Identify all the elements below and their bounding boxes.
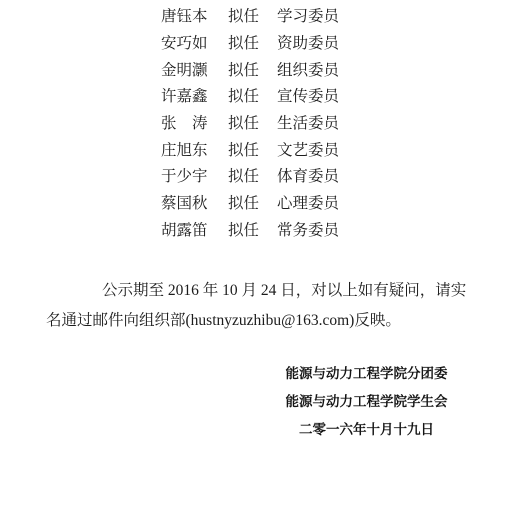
candidate-name: 庄旭东 xyxy=(161,138,209,160)
candidate-name: 蔡国秋 xyxy=(161,191,209,213)
roster-row: 张 涛 拟任 生活委员 xyxy=(161,109,339,136)
appointment-roster: 唐钰本 拟任 学习委员 安巧如 拟任 资助委员 金明灏 拟任 组织委员 许嘉鑫 … xyxy=(161,2,339,242)
candidate-name: 于少宇 xyxy=(161,164,209,186)
contact-email: hustnyzuzhibu@163.com xyxy=(191,312,350,329)
appointment-status: 拟任 xyxy=(228,31,261,53)
candidate-name: 张 涛 xyxy=(161,111,209,133)
candidate-name: 唐钰本 xyxy=(161,4,209,26)
signature-org-student-union: 能源与动力工程学院学生会 xyxy=(285,388,448,416)
notice-line-2-pre: 名通过邮件向组织部( xyxy=(46,312,191,329)
appointment-status: 拟任 xyxy=(228,191,261,213)
roster-row: 许嘉鑫 拟任 宣传委员 xyxy=(161,82,339,109)
roster-row: 庄旭东 拟任 文艺委员 xyxy=(161,135,339,162)
appointment-role: 体育委员 xyxy=(277,164,339,186)
roster-row: 蔡国秋 拟任 心理委员 xyxy=(161,189,339,216)
signature-date: 二零一六年十月十九日 xyxy=(285,416,448,444)
signature-block: 能源与动力工程学院分团委 能源与动力工程学院学生会 二零一六年十月十九日 xyxy=(285,360,448,444)
appointment-role: 心理委员 xyxy=(277,191,339,213)
appointment-role: 组织委员 xyxy=(277,58,339,80)
appointment-role: 文艺委员 xyxy=(277,138,339,160)
candidate-name: 安巧如 xyxy=(161,31,209,53)
notice-line-1: 公示期至 2016 年 10 月 24 日，对以上如有疑问，请实 xyxy=(46,276,496,306)
appointment-role: 常务委员 xyxy=(277,218,339,240)
roster-row: 金明灏 拟任 组织委员 xyxy=(161,55,339,82)
notice-line-2: 名通过邮件向组织部(hustnyzuzhibu@163.com)反映。 xyxy=(46,306,496,336)
appointment-status: 拟任 xyxy=(228,84,261,106)
candidate-name: 胡露笛 xyxy=(161,218,209,240)
appointment-status: 拟任 xyxy=(228,111,261,133)
appointment-status: 拟任 xyxy=(228,58,261,80)
roster-row: 于少宇 拟任 体育委员 xyxy=(161,162,339,189)
appointment-role: 宣传委员 xyxy=(277,84,339,106)
appointment-status: 拟任 xyxy=(228,164,261,186)
appointment-role: 资助委员 xyxy=(277,31,339,53)
roster-row: 胡露笛 拟任 常务委员 xyxy=(161,216,339,243)
appointment-role: 生活委员 xyxy=(277,111,339,133)
candidate-name: 许嘉鑫 xyxy=(161,84,209,106)
appointment-role: 学习委员 xyxy=(277,4,339,26)
signature-org-youth-league: 能源与动力工程学院分团委 xyxy=(285,360,448,388)
public-notice-document: 唐钰本 拟任 学习委员 安巧如 拟任 资助委员 金明灏 拟任 组织委员 许嘉鑫 … xyxy=(0,0,523,506)
appointment-status: 拟任 xyxy=(228,4,261,26)
roster-row: 安巧如 拟任 资助委员 xyxy=(161,29,339,56)
roster-row: 唐钰本 拟任 学习委员 xyxy=(161,2,339,29)
candidate-name: 金明灏 xyxy=(161,58,209,80)
appointment-status: 拟任 xyxy=(228,138,261,160)
appointment-status: 拟任 xyxy=(228,218,261,240)
notice-line-2-post: )反映。 xyxy=(349,312,401,329)
notice-paragraph: 公示期至 2016 年 10 月 24 日，对以上如有疑问，请实 名通过邮件向组… xyxy=(46,276,496,336)
